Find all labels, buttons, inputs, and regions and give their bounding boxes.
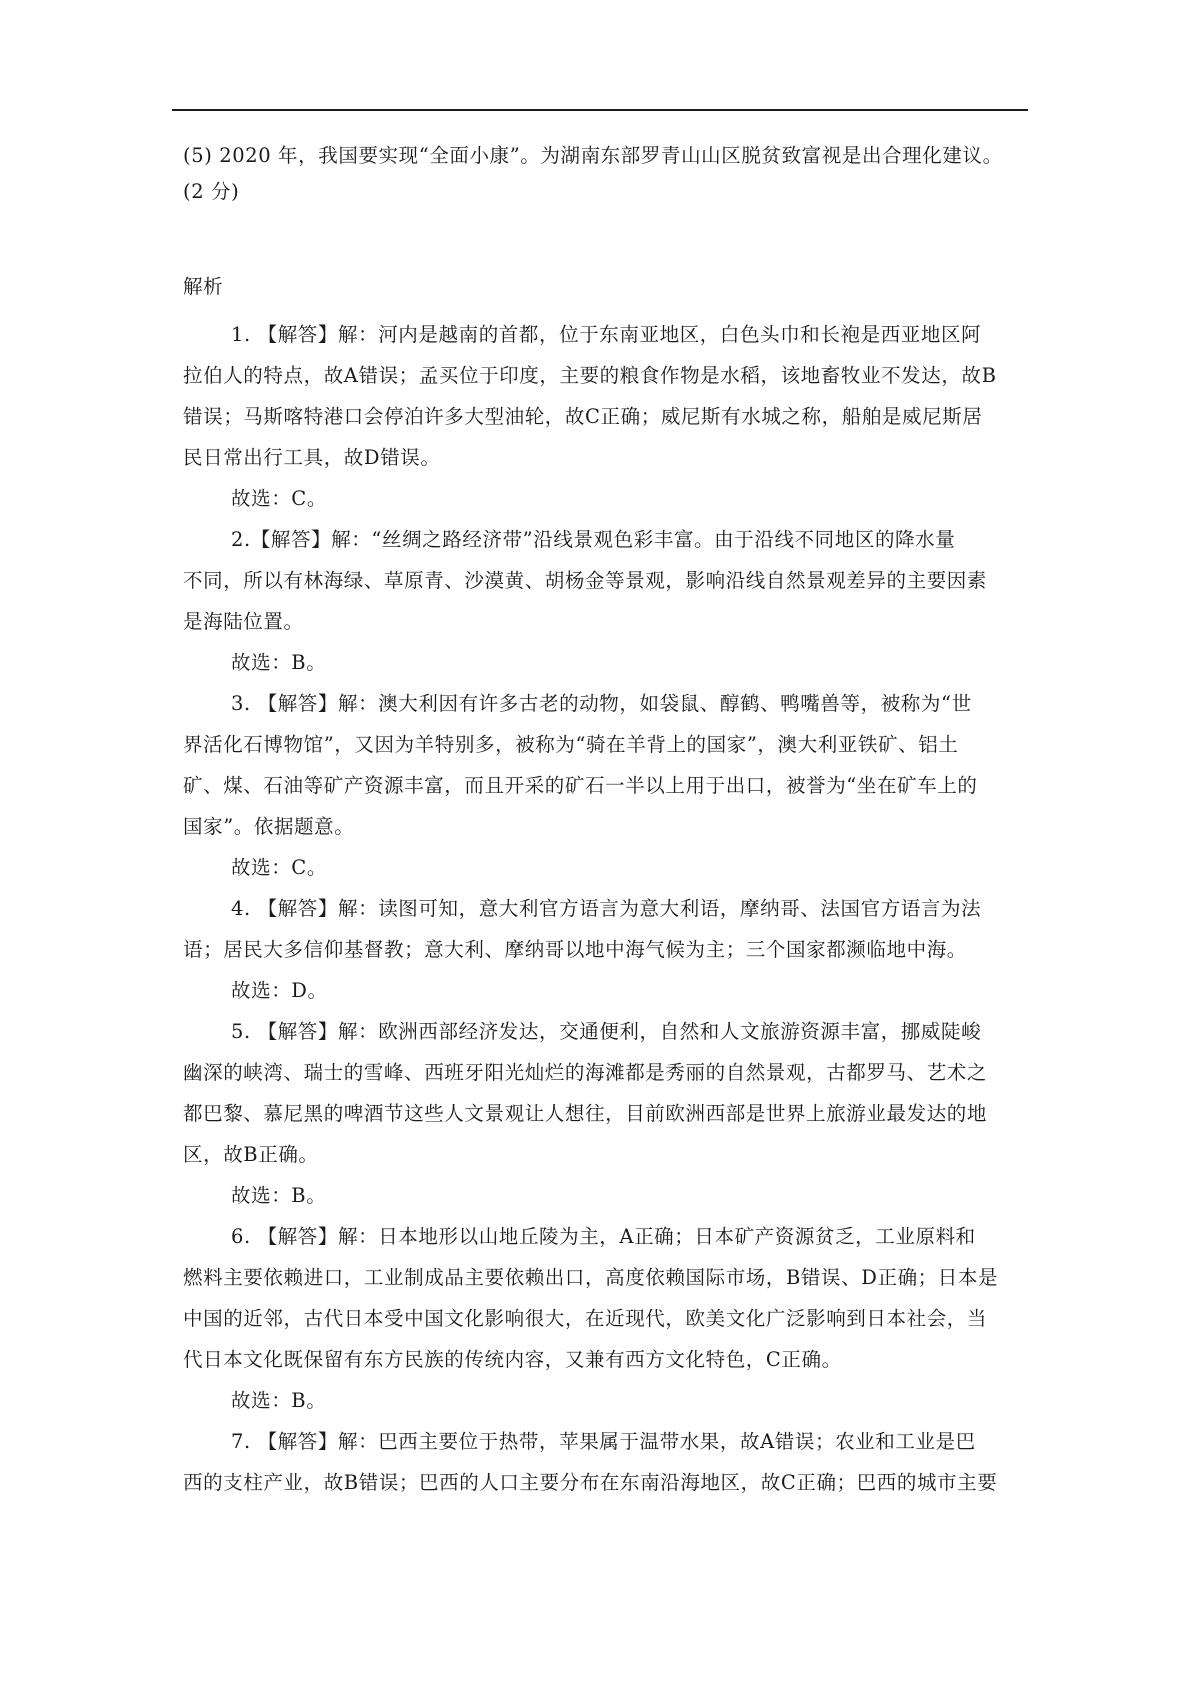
answer-3-line-2: 界活化石博物馆”，又因为羊特别多，被称为“骑在羊背上的国家”，澳大利亚铁矿、铝土	[183, 729, 958, 757]
answer-5-line-4: 区，故B正确。	[183, 1139, 319, 1167]
answer-6-line-4: 代日本文化既保留有东方民族的传统内容，又兼有西方文化特色，C正确。	[183, 1344, 842, 1372]
answer-3-line-1: 3. 【解答】解：澳大利因有许多古老的动物，如袋鼠、醇鹤、鸭嘴兽等，被称为“世	[183, 688, 972, 716]
answer-2-line-1: 2.【解答】解：“丝绸之路经济带”沿线景观色彩丰富。由于沿线不同地区的降水量	[183, 524, 955, 552]
answer-1-line-1: 1. 【解答】解：河内是越南的首都，位于东南亚地区，白色头巾和长袍是西亚地区阿	[183, 319, 981, 347]
answer-2-choice: 故选：B。	[183, 647, 326, 675]
answer-7-line-2: 西的支柱产业，故B错误；巴西的人口主要分布在东南沿海地区，故C正确；巴西的城市主…	[183, 1467, 997, 1495]
answer-2-line-3: 是海陆位置。	[183, 606, 304, 634]
answer-3-line-3: 矿、煤、石油等矿产资源丰富，而且开采的矿石一半以上用于出口，被誉为“坐在矿车上的	[183, 770, 977, 798]
answer-5-line-3: 都巴黎、慕尼黑的啤酒节这些人文景观让人想往，目前欧洲西部是世界上旅游业最发达的地	[183, 1098, 987, 1126]
answer-5-choice: 故选：B。	[183, 1180, 326, 1208]
answer-1-line-3: 错误；马斯喀特港口会停泊许多大型油轮，故C正确；威尼斯有水城之称，船舶是威尼斯居	[183, 401, 982, 429]
answer-1-line-2: 拉伯人的特点，故A错误；孟买位于印度，主要的粮食作物是水稻，该地畜牧业不发达，故…	[183, 360, 997, 388]
question-score: (2 分)	[183, 176, 239, 204]
header-rule	[172, 109, 1028, 111]
answer-4-choice: 故选：D。	[183, 975, 328, 1003]
answer-1-choice: 故选：C。	[183, 483, 327, 511]
answer-6-line-1: 6. 【解答】解：日本地形以山地丘陵为主，A正确；日本矿产资源贫乏，工业原料和	[183, 1221, 976, 1249]
answer-5-line-2: 幽深的峡湾、瑞士的雪峰、西班牙阳光灿烂的海滩都是秀丽的自然景观，古都罗马、艺术之	[183, 1057, 987, 1085]
analysis-heading: 解析	[183, 271, 223, 299]
answer-5-line-1: 5. 【解答】解：欧洲西部经济发达，交通便利，自然和人文旅游资源丰富，挪威陡峻	[183, 1016, 981, 1044]
answer-6-line-3: 中国的近邻，古代日本受中国文化影响很大，在近现代，欧美文化广泛影响到日本社会，当	[183, 1303, 987, 1331]
answer-1-line-4: 民日常出行工具，故D错误。	[183, 442, 440, 470]
answer-4-line-2: 语；居民大多信仰基督教；意大利、摩纳哥以地中海气候为主；三个国家都濒临地中海。	[183, 934, 967, 962]
answer-3-choice: 故选：C。	[183, 852, 327, 880]
answer-7-line-1: 7. 【解答】解：巴西主要位于热带，苹果属于温带水果，故A错误；农业和工业是巴	[183, 1426, 976, 1454]
answer-3-line-4: 国家”。依据题意。	[183, 811, 354, 839]
answer-6-choice: 故选：B。	[183, 1385, 326, 1413]
answer-6-line-2: 燃料主要依赖进口，工业制成品主要依赖出口，高度依赖国际市场，B错误、D正确；日本…	[183, 1262, 998, 1290]
answer-4-line-1: 4. 【解答】解：读图可知，意大利官方语言为意大利语，摩纳哥、法国官方语言为法	[183, 893, 981, 921]
answer-2-line-2: 不同，所以有林海绿、草原青、沙漠黄、胡杨金等景观，影响沿线自然景观差异的主要因素	[183, 565, 987, 593]
question-line: (5) 2020 年，我国要实现“全面小康”。为湖南东部罗青山山区脱贫致富视是出…	[183, 140, 1003, 168]
